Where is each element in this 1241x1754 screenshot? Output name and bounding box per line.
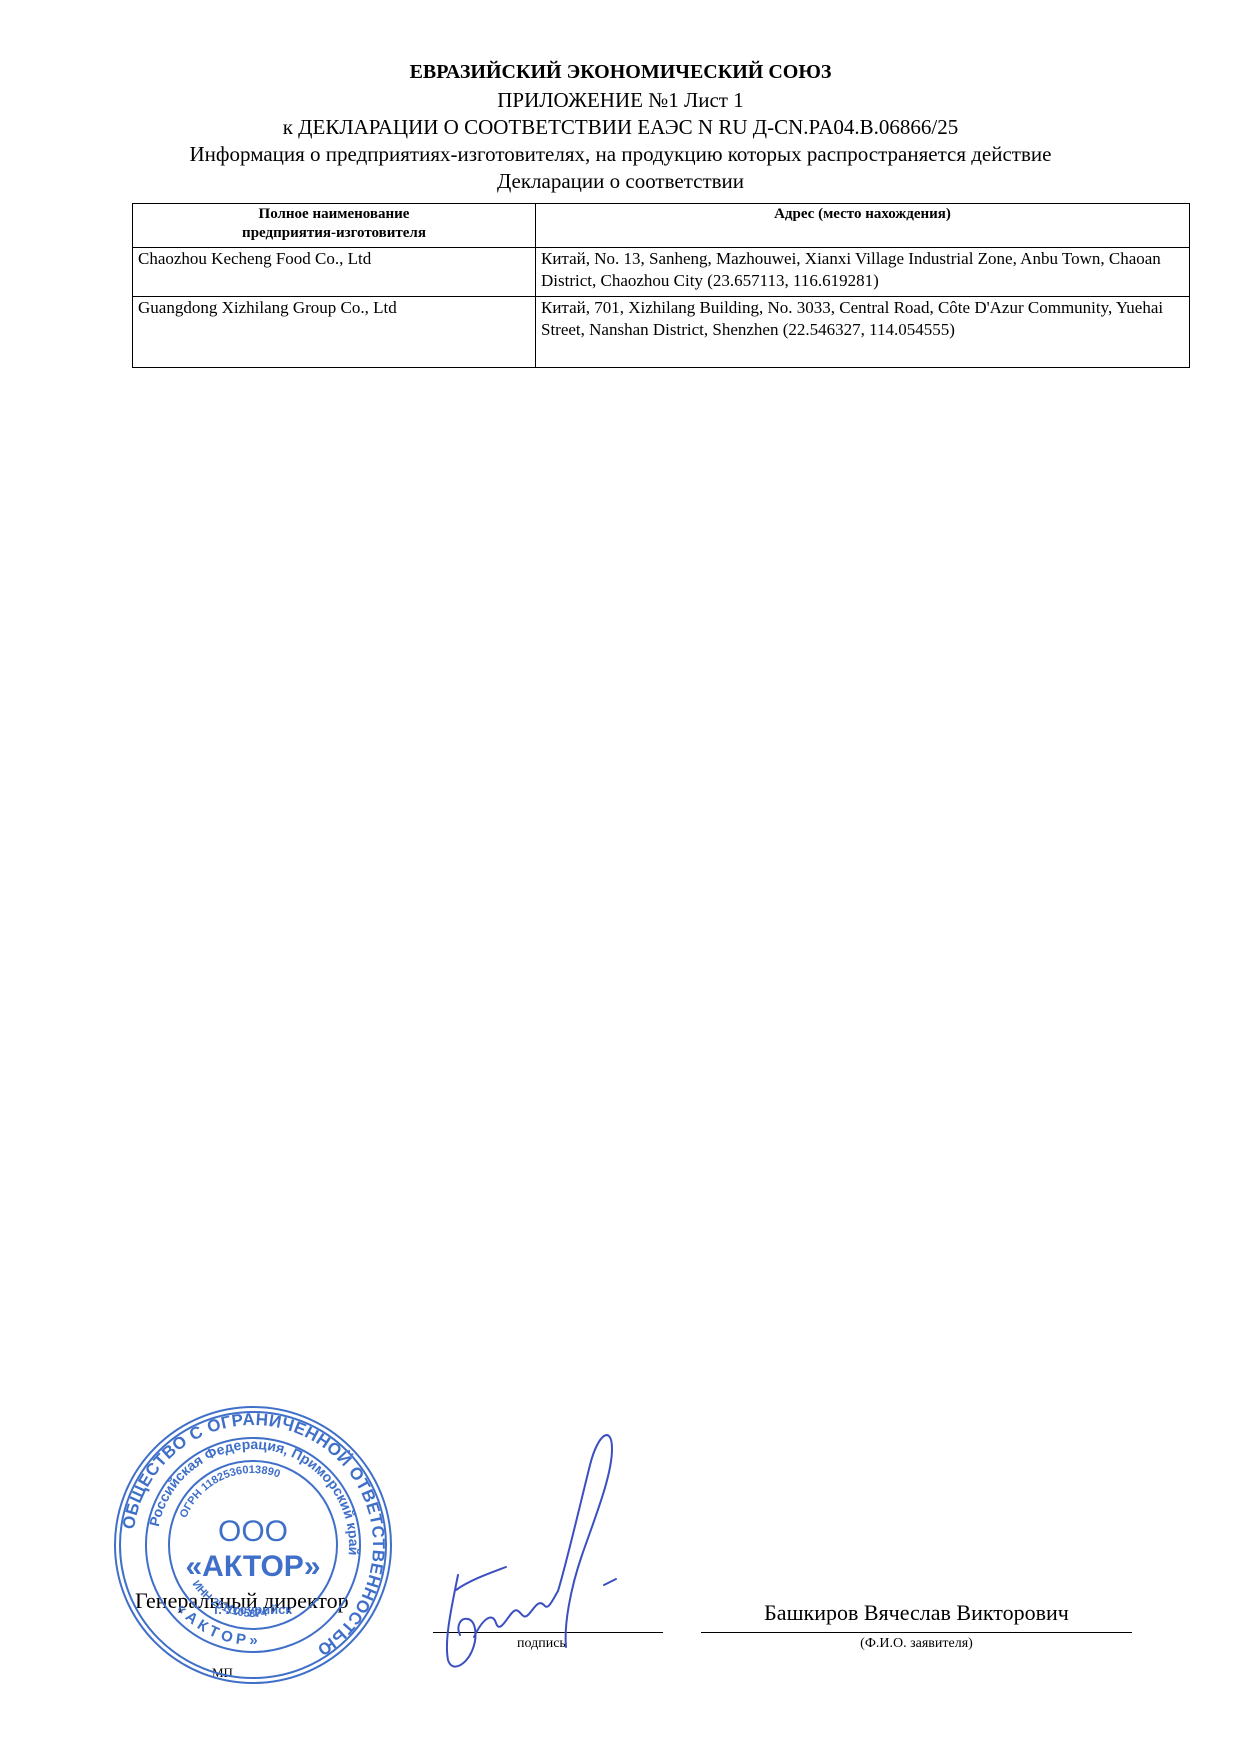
svg-text:«АКТОР»: «АКТОР»: [185, 1550, 320, 1583]
name-line: [701, 1632, 1132, 1633]
table-row: Chaozhou Kecheng Food Co., Ltd Китай, No…: [133, 248, 1190, 297]
union-title: ЕВРАЗИЙСКИЙ ЭКОНОМИЧЕСКИЙ СОЮЗ: [0, 60, 1241, 84]
company-stamp-icon: ОБЩЕСТВО С ОГРАНИЧЕННОЙ ОТВЕТСТВЕННОСТЬЮ…: [112, 1404, 394, 1686]
column-header-name: Полное наименование предприятия-изготови…: [133, 204, 536, 248]
column-header-address: Адрес (место нахождения): [536, 204, 1190, 248]
manufacturers-table: Полное наименование предприятия-изготови…: [132, 203, 1190, 368]
manufacturer-address: Китай, 701, Xizhilang Building, No. 3033…: [536, 297, 1190, 368]
column-header-name-line2: предприятия-изготовителя: [242, 225, 426, 241]
svg-text:ООО: ООО: [218, 1515, 288, 1548]
info-line-2: Декларации о соответствии: [0, 169, 1241, 193]
info-line-1: Информация о предприятиях-изготовителях,…: [0, 142, 1241, 166]
table-header-row: Полное наименование предприятия-изготови…: [133, 204, 1190, 248]
signer-name: Башкиров Вячеслав Викторович: [701, 1600, 1132, 1626]
manufacturer-name: Chaozhou Kecheng Food Co., Ltd: [133, 248, 536, 297]
manufacturer-name: Guangdong Xizhilang Group Co., Ltd: [133, 297, 536, 368]
declaration-number: к ДЕКЛАРАЦИИ О СООТВЕТСТВИИ ЕАЭС N RU Д-…: [0, 115, 1241, 139]
svg-text:г. Уссурийск: г. Уссурийск: [214, 1602, 292, 1617]
appendix-title: ПРИЛОЖЕНИЕ №1 Лист 1: [0, 88, 1241, 112]
name-caption: (Ф.И.О. заявителя): [701, 1636, 1132, 1652]
handwritten-signature-icon: [430, 1415, 640, 1675]
manufacturer-address: Китай, No. 13, Sanheng, Mazhouwei, Xianx…: [536, 248, 1190, 297]
table-row: Guangdong Xizhilang Group Co., Ltd Китай…: [133, 297, 1190, 368]
column-header-name-line1: Полное наименование: [259, 206, 410, 222]
